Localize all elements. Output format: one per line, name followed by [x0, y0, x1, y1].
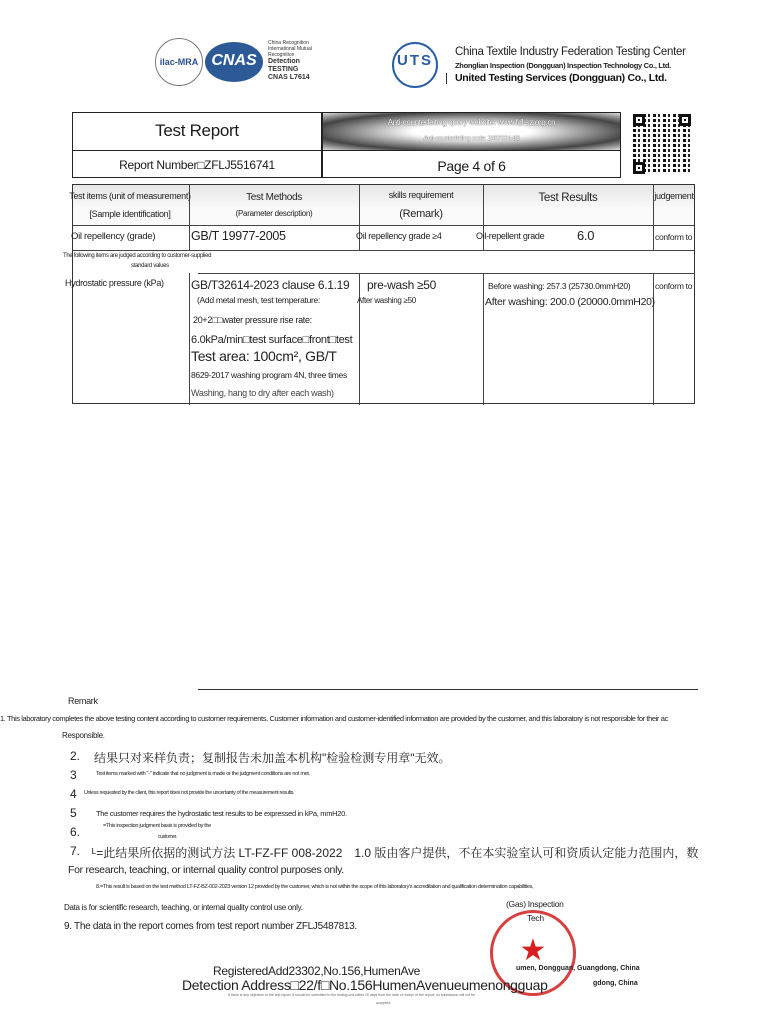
ilac-text: ilac-MRA — [160, 57, 199, 67]
note-customer-standard: The following items are judged according… — [63, 253, 211, 259]
remark-4: Unless requested by the client, this rep… — [84, 790, 294, 796]
row-hydro-result-before: Before washing: 257.3 (25730.0mmH20) — [488, 281, 630, 291]
row-oil-requirement: Oil repellency grade ≥4 — [356, 231, 442, 241]
divider — [198, 273, 695, 274]
remark-8: 8.=This result is based on the test meth… — [96, 884, 533, 890]
remark-2-number: 2. — [70, 749, 80, 763]
row-hydro-item: Hydrostatic pressure (kPa) — [65, 278, 164, 288]
header-sample-id: [Sample identification] — [69, 209, 191, 219]
remark-6-continued: customer. — [158, 834, 177, 840]
row-hydro-method: 8629-2017 washing program 4N, three time… — [191, 370, 347, 380]
remark-1: 1. This laboratory completes the above t… — [0, 714, 668, 723]
detection-address-tail: gdong, China — [593, 980, 638, 987]
page-indicator: Page 4 of 6 — [323, 158, 620, 174]
remark-3: Test items marked with "-" indicate that… — [96, 771, 310, 777]
report-number: Report Number□ZFLJ5516741 — [73, 158, 321, 172]
remark-2: 结果只对来样负责；复制报告未加盖本机构"检验检测专用章"无效。 — [94, 749, 451, 766]
star-icon: ★ — [493, 933, 573, 968]
divider — [73, 250, 694, 251]
remark-1-continued: Responsible. — [62, 731, 105, 740]
cnas-text: CNAS — [205, 52, 263, 70]
objection-notice: If there is any objection to the test re… — [228, 993, 475, 997]
header-remark: (Remark) — [359, 208, 483, 220]
ilac-mra-logo: ilac-MRA — [155, 38, 203, 86]
qr-finder-icon — [679, 114, 691, 126]
row-hydro-requirement: pre-wash ≥50 — [367, 278, 436, 292]
results-table: Test items (unit of measurement) [Sample… — [72, 184, 695, 404]
note-customer-standard: standard values — [131, 263, 169, 269]
divider — [189, 225, 190, 250]
anti-counterfeit-banner: Anti-counterfeiting query website: www.f… — [323, 113, 620, 150]
header-test-items: Test items (unit of measurement) — [69, 191, 191, 201]
registered-address-tail: umen, Dongguan, Guangdong, China — [516, 965, 640, 972]
objection-notice-continued: accepted. — [376, 1001, 391, 1005]
divider — [189, 273, 190, 405]
cnas-side-line: CNAS L7614 — [268, 74, 338, 82]
row-oil-method: GB/T 19977-2005 — [191, 229, 286, 243]
anti-counterfeit-website[interactable]: Anti-counterfeiting query website: www.f… — [323, 118, 620, 127]
row-hydro-method: 20+2□□water pressure rise rate: — [193, 315, 312, 325]
row-hydro-method: Washing, hang to dry after each wash) — [191, 388, 334, 398]
header-parameter-desc: (Parameter description) — [189, 209, 359, 218]
cnas-accreditation-text: China Recognition International Mutual R… — [268, 40, 338, 82]
row-oil-item: Oil repellency (grade) — [71, 231, 155, 242]
remark-3-number: 3 — [70, 768, 77, 782]
header-skills-requirement: skills requirement — [359, 190, 483, 200]
remark-6-number: 6. — [70, 825, 80, 839]
cnas-side-line: Detection — [268, 58, 338, 66]
row-hydro-method: 6.0kPa/min□test surface□front□test — [191, 334, 352, 346]
remark-6: =This inspection judgment basis is provi… — [103, 823, 211, 829]
seal-text-top: (Gas) Inspection — [506, 899, 564, 909]
remark-5-number: 5 — [70, 806, 77, 820]
row-hydro-result-after: After washing: 200.0 (20000.0mmH20) — [485, 296, 655, 308]
org-name-1: China Textile Industry Federation Testin… — [455, 46, 715, 58]
row-oil-judgement: conform to — [655, 232, 692, 242]
anti-counterfeit-code: Anti-counterfeiting code: 2407074-83 — [323, 135, 620, 142]
remark-divider — [198, 689, 698, 690]
row-oil-result-label: Oil-repellent grade — [476, 231, 544, 241]
row-hydro-requirement: After washing ≥50 — [357, 296, 416, 305]
header-test-results: Test Results — [483, 192, 653, 204]
divider — [73, 225, 694, 226]
row-oil-result-value: 6.0 — [577, 228, 594, 243]
registered-address: RegisteredAdd23302,No.156,HumenAve — [213, 964, 420, 978]
divider — [653, 273, 654, 405]
detection-address: Detection Address□22/f□No.156HumenAvenue… — [182, 977, 548, 993]
uts-logo: UTS — [392, 42, 436, 88]
org-name-3: United Testing Services (Dongguan) Co., … — [455, 72, 715, 84]
remark-8-continued: Data is for scientific research, teachin… — [64, 903, 303, 912]
remark-7-number: 7. — [70, 844, 80, 858]
organization-block: China Textile Industry Federation Testin… — [455, 46, 715, 84]
remark-title: Remark — [68, 696, 98, 706]
uts-text: UTS — [392, 52, 438, 69]
qr-finder-icon — [633, 162, 645, 174]
cnas-side-line: TESTING — [268, 66, 338, 74]
remark-7: ᴸ=此结果所依据的测试方法 LT-FZ-FF 008-2022 1.0 版由客户… — [92, 844, 698, 861]
divider — [483, 273, 484, 405]
remark-5: The customer requires the hydrostatic te… — [96, 809, 347, 818]
row-hydro-judgement: conform to — [655, 281, 692, 291]
divider — [359, 273, 360, 405]
page-title: Test Report — [73, 121, 321, 141]
header-judgement: judgement — [654, 191, 694, 201]
header-test-methods: Test Methods — [189, 192, 359, 203]
remark-9: 9. The data in the report comes from tes… — [64, 921, 357, 932]
remark-7-continued: For research, teaching, or internal qual… — [68, 864, 344, 876]
qr-code-icon[interactable] — [633, 114, 691, 174]
seal-text-mid: Tech — [527, 913, 544, 923]
title-block: Test Report Report Number□ZFLJ5516741 An… — [72, 112, 621, 178]
divider — [446, 73, 447, 84]
remark-4-number: 4 — [70, 787, 77, 801]
qr-finder-icon — [633, 114, 645, 126]
row-hydro-method: Test area: 100cm², GB/T — [191, 348, 337, 364]
divider — [73, 150, 620, 151]
row-hydro-method: (Add metal mesh, test temperature: — [197, 295, 320, 305]
row-hydro-method: GB/T32614-2023 clause 6.1.19 — [191, 278, 349, 292]
org-name-2: Zhonglian Inspection (Dongguan) Inspecti… — [455, 61, 715, 70]
cnas-logo: CNAS — [205, 40, 263, 84]
